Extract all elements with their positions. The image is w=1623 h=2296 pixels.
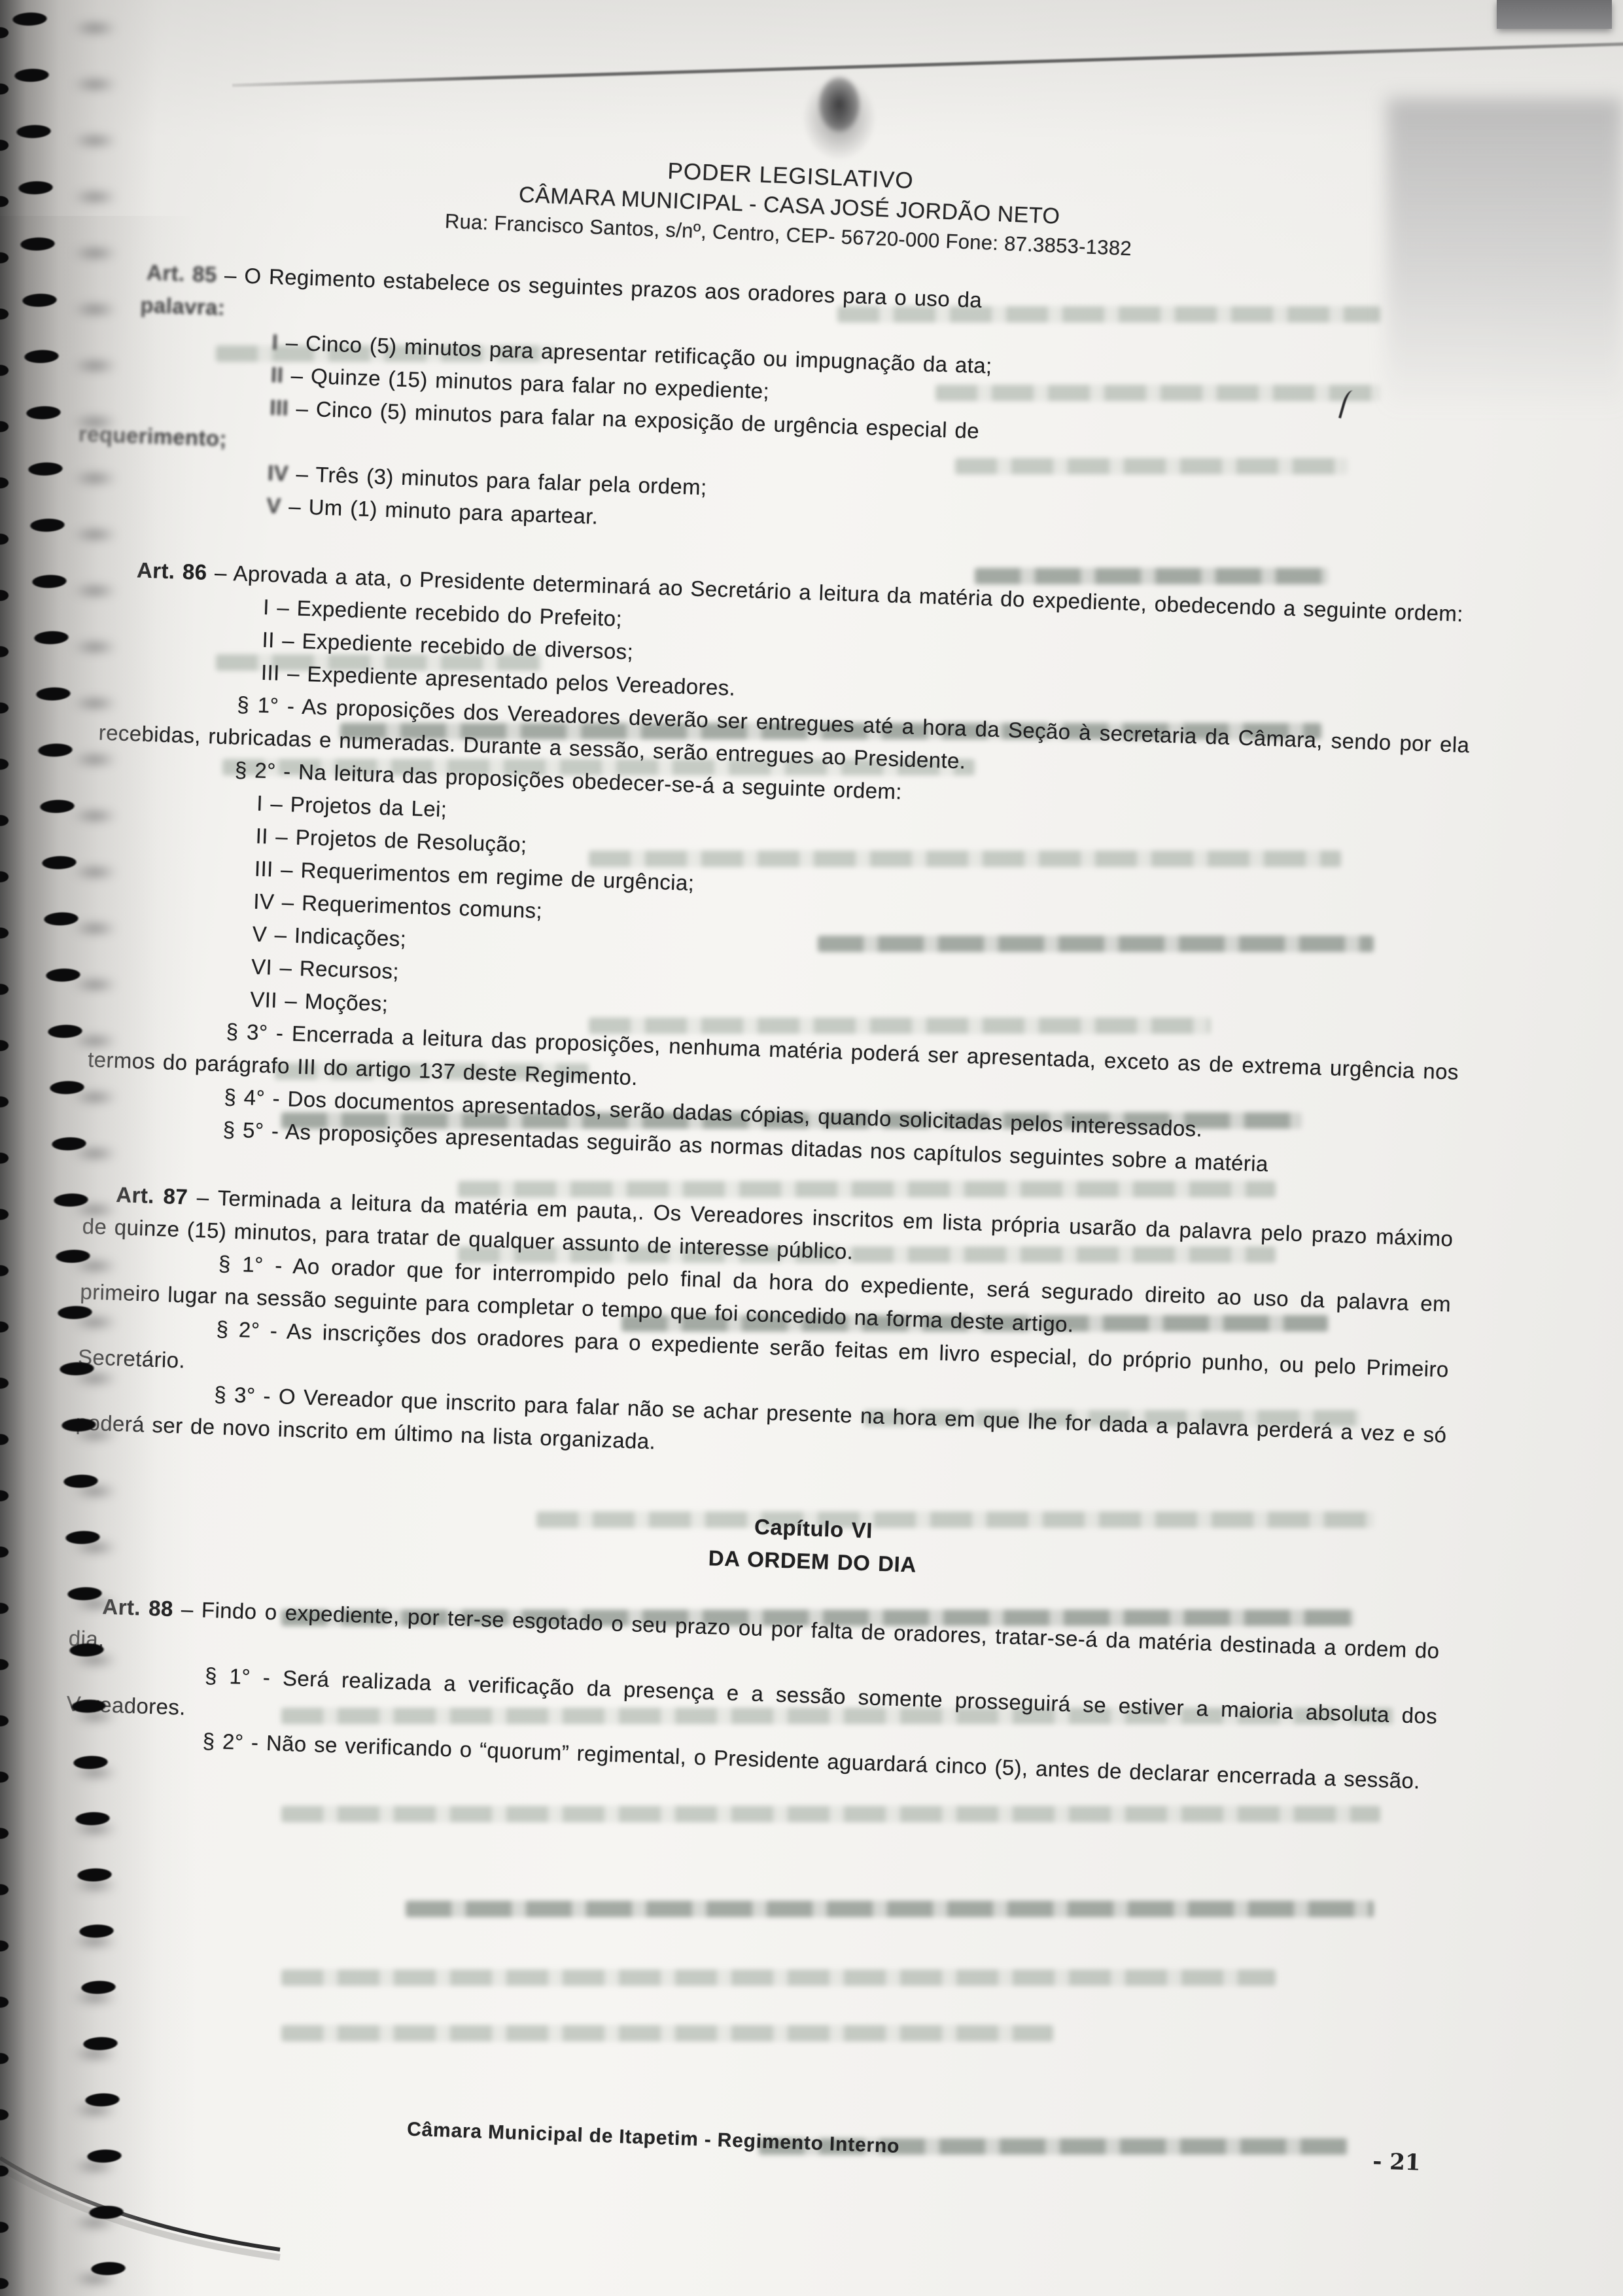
paragraph-lead: IV bbox=[253, 889, 275, 914]
paragraph-lead: V bbox=[266, 493, 282, 518]
paragraph-lead: I bbox=[256, 791, 264, 815]
paragraph-lead: V bbox=[252, 922, 268, 947]
spiral-binding-edge bbox=[0, 0, 17, 2296]
paragraph-lead: I bbox=[271, 330, 279, 354]
paragraph-lead: § 2° bbox=[202, 1729, 244, 1754]
paragraph-lead: IV bbox=[267, 461, 288, 486]
paragraph-lead: § 1° bbox=[205, 1663, 251, 1689]
paragraph-lead: § 1° bbox=[237, 692, 279, 718]
corner-tab bbox=[1497, 0, 1612, 29]
paragraph-lead: III bbox=[254, 857, 273, 881]
scanned-page: { "header": { "org_line1": "PODER LEGISL… bbox=[0, 0, 1623, 2296]
paragraph-lead: II bbox=[262, 627, 275, 652]
document-body: Art. 85 – O Regimento estabelece os segu… bbox=[65, 255, 1484, 1798]
page-number: - 21 bbox=[1372, 2148, 1422, 2176]
paragraph-lead: II bbox=[255, 824, 268, 849]
paragraph-lead: III bbox=[270, 395, 289, 420]
paragraph-lead: § 3° bbox=[226, 1019, 268, 1044]
paragraph-lead: I bbox=[263, 595, 270, 619]
paragraph-lead: II bbox=[270, 362, 283, 387]
paragraph-lead: § 2° bbox=[216, 1316, 260, 1342]
paragraph-lead: § 3° bbox=[214, 1382, 256, 1407]
paragraph-lead: VII bbox=[250, 987, 278, 1012]
bleed-through-line bbox=[281, 2025, 1053, 2041]
bleed-through-line bbox=[406, 1901, 1374, 1917]
paragraph-lead: § 1° bbox=[218, 1251, 264, 1277]
page-top-edge-shadow bbox=[232, 43, 1623, 87]
municipal-crest-stamp bbox=[784, 58, 895, 169]
paragraph-lead: § 2° bbox=[234, 758, 276, 783]
paragraph-lead: III bbox=[260, 660, 280, 685]
paragraph-lead: VI bbox=[251, 955, 272, 980]
bleed-through-line bbox=[281, 1969, 1276, 1986]
footer-title: Câmara Municipal de Itapetim - Regimento… bbox=[407, 2119, 900, 2158]
paragraph-lead: § 4° bbox=[224, 1084, 266, 1110]
bleed-through-line bbox=[281, 1806, 1380, 1822]
paragraph-lead: § 5° bbox=[222, 1117, 264, 1142]
paper-background: PODER LEGISLATIVO CÂMARA MUNICIPAL - CAS… bbox=[0, 0, 1623, 2296]
